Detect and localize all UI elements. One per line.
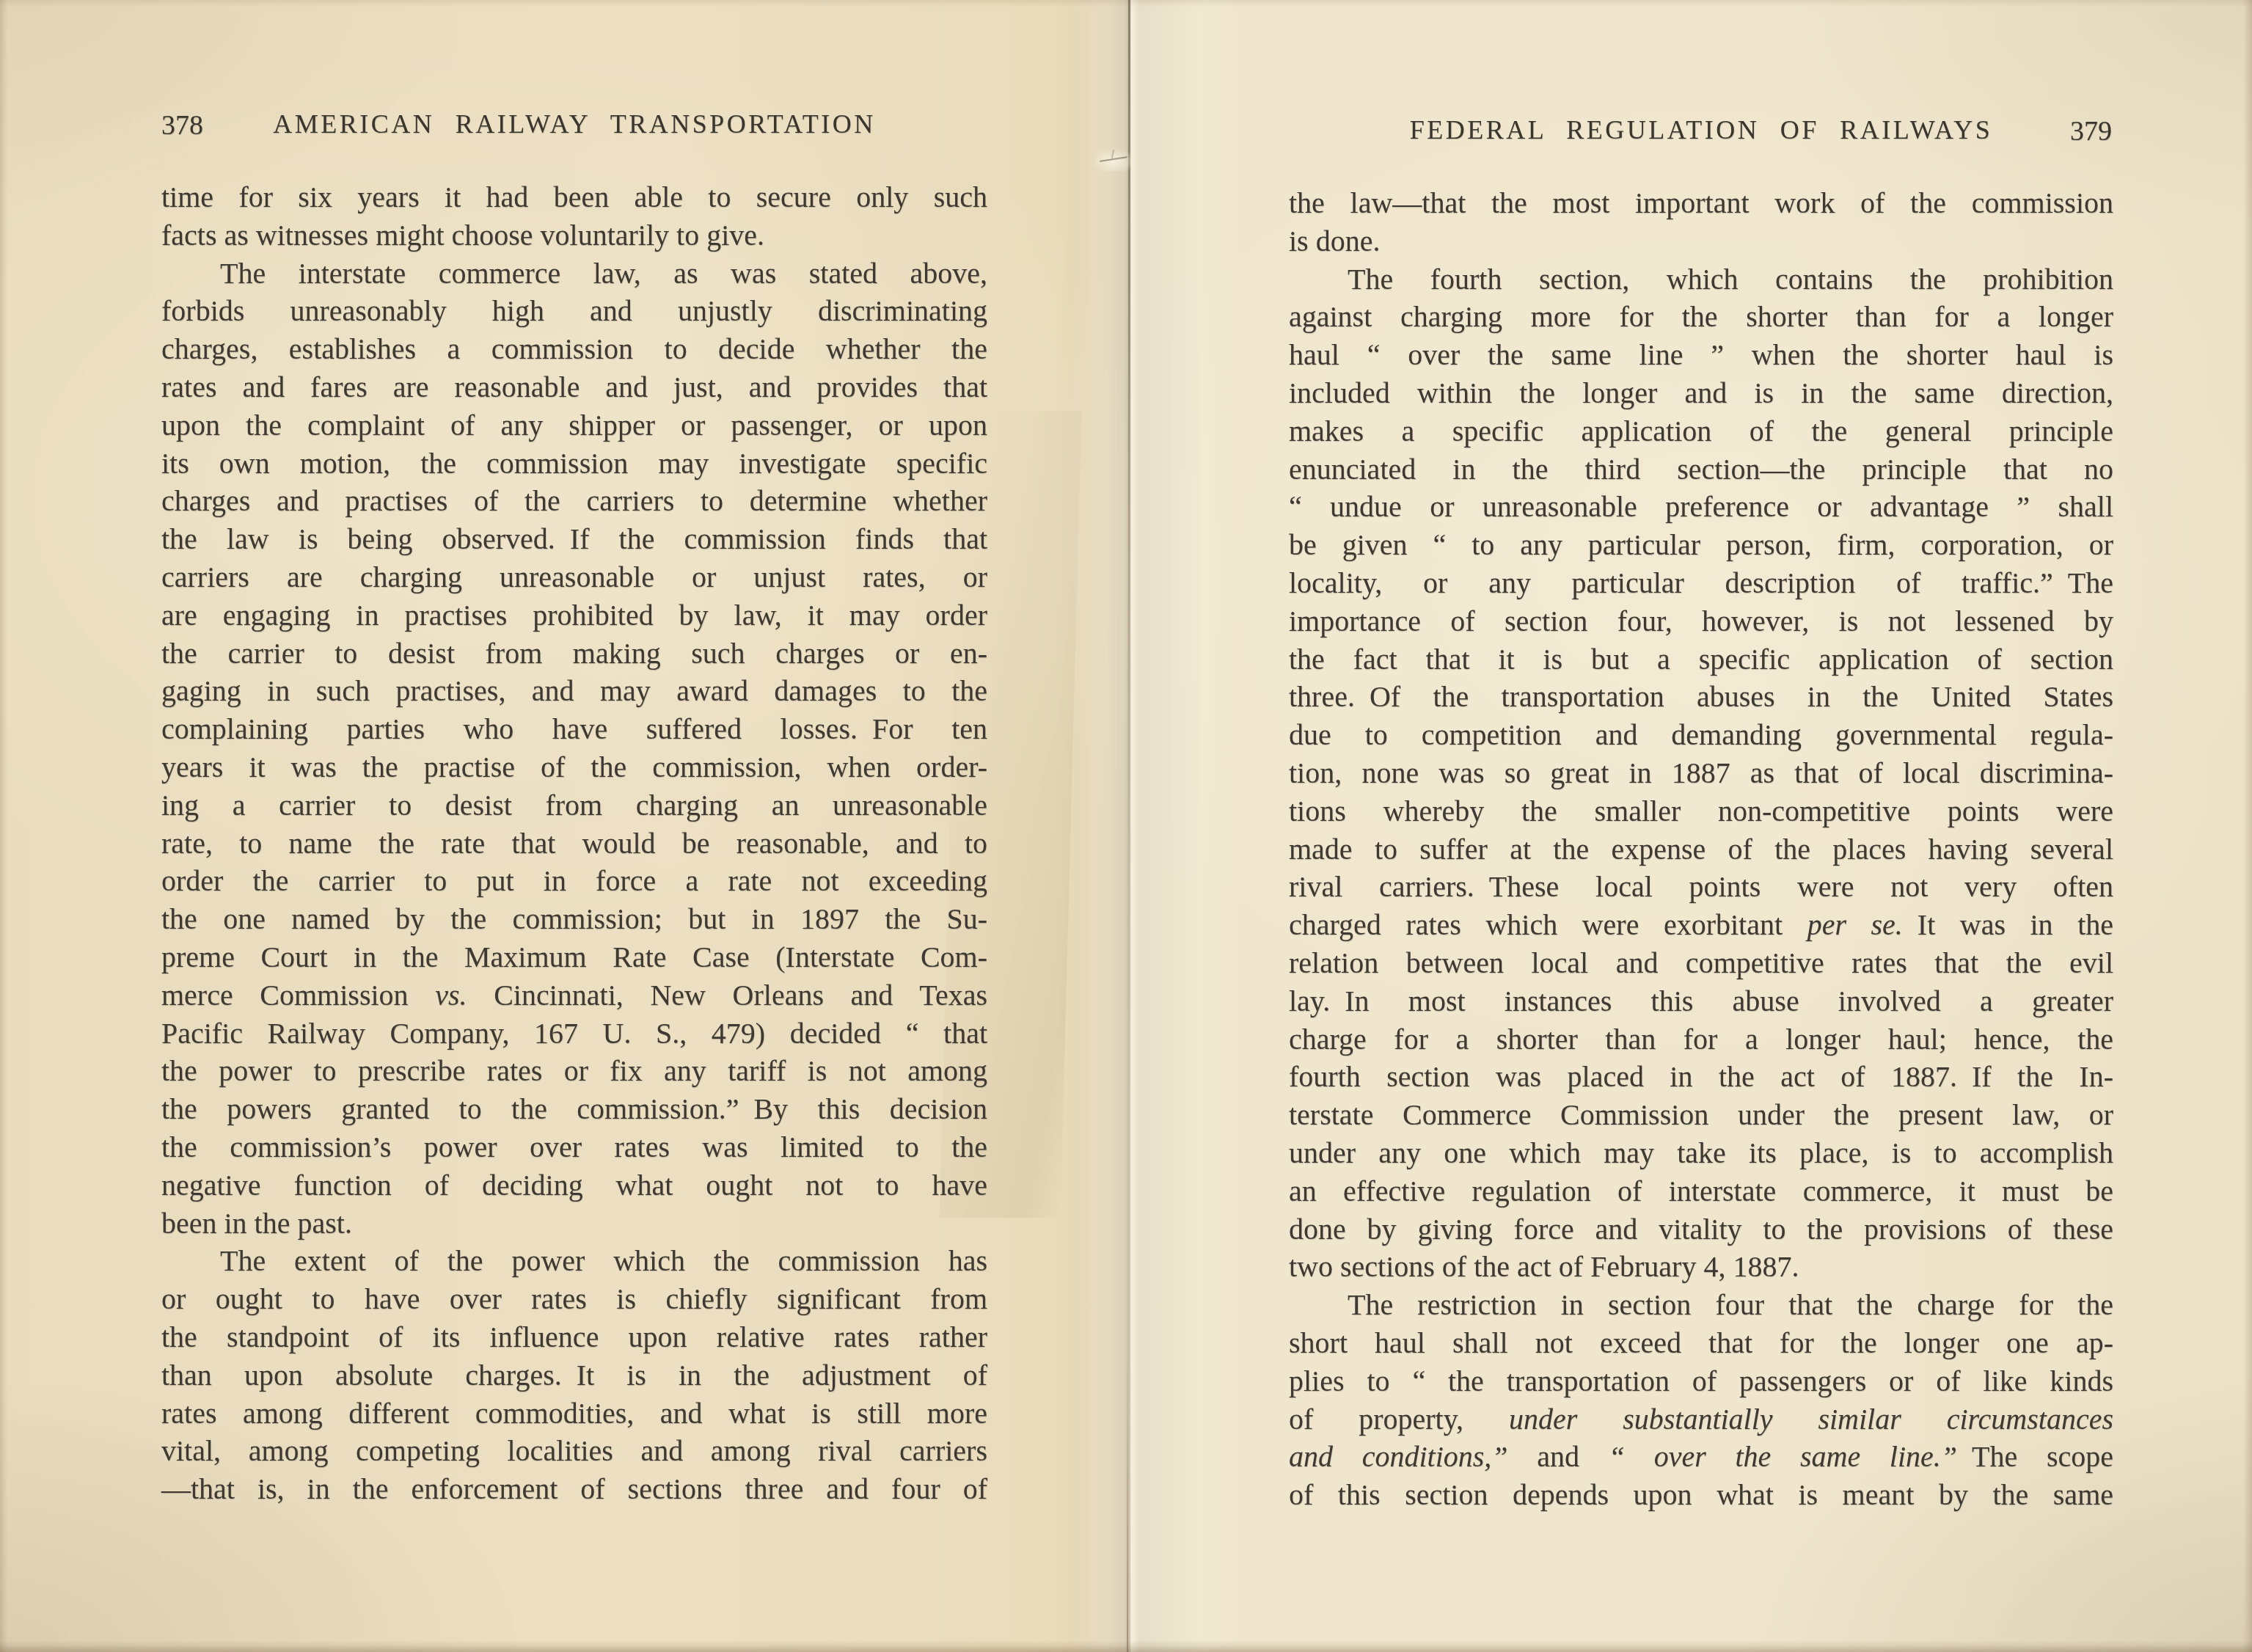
text-line: “ undue or unreasonable preference or ad… <box>1289 488 2113 526</box>
book-spread-photo: { "book": { "paper_color": "#ece0c4", "i… <box>0 0 2252 1652</box>
text-line: enunciated in the third section—the prin… <box>1289 450 2113 489</box>
left-page: 378 AMERICAN RAILWAY TRANSPORTATION time… <box>161 109 987 1508</box>
page-edge-bottom <box>0 1640 2252 1652</box>
text-line: is done. <box>1289 222 2113 260</box>
text-line: merce Commission vs. Cincinnati, New Orl… <box>161 976 987 1015</box>
text-line: charged rates which were exorbitant per … <box>1289 906 2113 944</box>
text-line: included within the longer and is in the… <box>1289 374 2113 412</box>
right-page-number: 379 <box>2070 115 2112 147</box>
text-line: The interstate commerce law, as was stat… <box>161 255 987 293</box>
page-edge-top <box>0 0 2252 7</box>
gutter-shadow <box>1056 0 1203 1652</box>
text-line: the carrier to desist from making such c… <box>161 635 987 673</box>
text-line: plies to “ the transportation of passeng… <box>1289 1362 2113 1400</box>
gutter-crease-line-bottom <box>1127 1344 1128 1652</box>
left-running-head: 378 AMERICAN RAILWAY TRANSPORTATION <box>161 109 987 144</box>
text-line: rates and fares are reasonable and just,… <box>161 368 987 406</box>
text-line: Pacific Railway Company, 167 U. S., 479)… <box>161 1015 987 1053</box>
text-line: The extent of the power which the commis… <box>161 1242 987 1280</box>
text-line: haul “ over the same line ” when the sho… <box>1289 336 2113 374</box>
text-line: be given “ to any particular person, fir… <box>1289 526 2113 564</box>
text-line: —that is, in the enforcement of sections… <box>161 1470 987 1508</box>
text-line: the commission’s power over rates was li… <box>161 1128 987 1166</box>
text-line: The fourth section, which contains the p… <box>1289 260 2113 299</box>
text-line: tions whereby the smaller non-competitiv… <box>1289 792 2113 830</box>
text-line: upon the complaint of any shipper or pas… <box>161 406 987 445</box>
text-line: The restriction in section four that the… <box>1289 1286 2113 1324</box>
text-line: the powers granted to the commission.” B… <box>161 1090 987 1128</box>
right-running-title: FEDERAL REGULATION OF RAILWAYS <box>1289 114 2113 145</box>
text-line: makes a specific application of the gene… <box>1289 412 2113 450</box>
right-page: 379 FEDERAL REGULATION OF RAILWAYS the l… <box>1289 114 2113 1514</box>
paper-tear <box>1094 148 1136 172</box>
text-line: negative function of deciding what ought… <box>161 1166 987 1205</box>
text-line: three. Of the transportation abuses in t… <box>1289 678 2113 716</box>
text-line: or ought to have over rates is chiefly s… <box>161 1280 987 1318</box>
text-line: relation between local and competitive r… <box>1289 944 2113 982</box>
text-line: its own motion, the commission may inves… <box>161 445 987 483</box>
text-line: tion, none was so great in 1887 as that … <box>1289 754 2113 792</box>
text-line: due to competition and demanding governm… <box>1289 716 2113 754</box>
text-line: of this section depends upon what is mea… <box>1289 1476 2113 1514</box>
text-line: ing a carrier to desist from charging an… <box>161 786 987 825</box>
text-line: of property, under substantially similar… <box>1289 1400 2113 1439</box>
text-line: preme Court in the Maximum Rate Case (In… <box>161 938 987 976</box>
text-line: short haul shall not exceed that for the… <box>1289 1324 2113 1362</box>
text-line: against charging more for the shorter th… <box>1289 298 2113 336</box>
text-line: locality, or any particular description … <box>1289 564 2113 602</box>
text-line: the one named by the commission; but in … <box>161 900 987 938</box>
page-edge-right <box>2243 0 2252 1652</box>
text-line: and conditions,” and “ over the same lin… <box>1289 1438 2113 1476</box>
gutter-crease-line <box>1128 0 1130 1100</box>
left-page-body: time for six years it had been able to s… <box>161 178 987 1508</box>
text-line: done by giving force and vitality to the… <box>1289 1210 2113 1249</box>
text-line: gaging in such practises, and may award … <box>161 672 987 710</box>
text-line: the law—that the most important work of … <box>1289 184 2113 222</box>
text-line: the power to prescribe rates or fix any … <box>161 1052 987 1090</box>
text-line: charges and practises of the carriers to… <box>161 482 987 520</box>
text-line: lay. In most instances this abuse involv… <box>1289 982 2113 1020</box>
text-line: charges, establishes a commission to dec… <box>161 330 987 368</box>
right-running-head: 379 FEDERAL REGULATION OF RAILWAYS <box>1289 114 2113 150</box>
text-line: an effective regulation of interstate co… <box>1289 1172 2113 1210</box>
left-page-number: 378 <box>161 109 203 142</box>
text-line: the fact that it is but a specific appli… <box>1289 640 2113 679</box>
text-line: rates among different commodities, and w… <box>161 1395 987 1433</box>
text-line: charge for a shorter than for a longer h… <box>1289 1020 2113 1059</box>
text-line: facts as witnesses might choose voluntar… <box>161 216 987 255</box>
text-line: importance of section four, however, is … <box>1289 602 2113 640</box>
text-line: rate, to name the rate that would be rea… <box>161 825 987 863</box>
text-line: two sections of the act of February 4, 1… <box>1289 1248 2113 1286</box>
text-line: carriers are charging unreasonable or un… <box>161 558 987 596</box>
text-line: been in the past. <box>161 1205 987 1243</box>
text-line: years it was the practise of the commiss… <box>161 748 987 786</box>
text-line: are engaging in practises prohibited by … <box>161 596 987 635</box>
text-line: complaining parties who have suffered lo… <box>161 710 987 748</box>
right-page-body: the law—that the most important work of … <box>1289 184 2113 1514</box>
text-line: under any one which may take its place, … <box>1289 1134 2113 1172</box>
text-line: made to suffer at the expense of the pla… <box>1289 830 2113 869</box>
text-line: time for six years it had been able to s… <box>161 178 987 216</box>
text-line: rival carriers. These local points were … <box>1289 868 2113 906</box>
text-line: forbids unreasonably high and unjustly d… <box>161 292 987 330</box>
text-line: the standpoint of its influence upon rel… <box>161 1318 987 1356</box>
left-running-title: AMERICAN RAILWAY TRANSPORTATION <box>161 109 987 139</box>
text-line: vital, among competing localities and am… <box>161 1432 987 1470</box>
text-line: the law is being observed. If the commis… <box>161 520 987 558</box>
text-line: terstate Commerce Commission under the p… <box>1289 1096 2113 1134</box>
text-line: fourth section was placed in the act of … <box>1289 1058 2113 1096</box>
text-line: than upon absolute charges. It is in the… <box>161 1356 987 1395</box>
text-line: order the carrier to put in force a rate… <box>161 862 987 900</box>
page-edge-left <box>0 0 7 1652</box>
